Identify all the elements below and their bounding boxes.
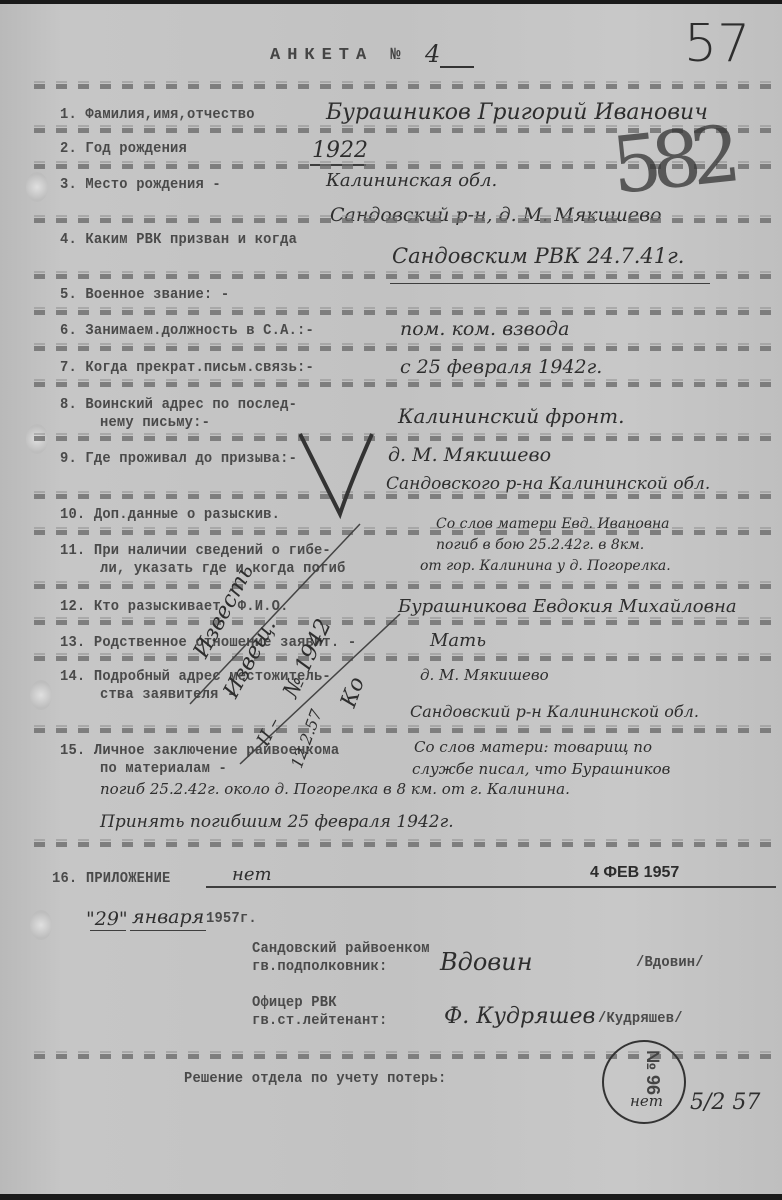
date-month-underline [130,930,206,931]
field-12-value: Бурашникова Евдокия Михайловна [398,596,737,617]
field-11-value-line-3: от гор. Калинина у д. Погорелка. [420,558,671,574]
separator [34,728,774,733]
field-3-label: 3. Место рождения - [60,176,221,193]
document-page: АНКЕТА № 4 57 1. Фамилия,имя,отчество Бу… [0,4,782,1194]
separator [34,656,774,661]
signature-1-name: /Вдовин/ [636,954,704,971]
field-4-underline [390,283,710,284]
field-7-label: 7. Когда прекрат.письм.связь:- [60,359,314,376]
separator [34,494,774,499]
decision-date: 5/2 57 [690,1090,760,1115]
separator [34,842,774,847]
date-day: "29" [86,908,128,930]
stamp-note: нет [630,1092,663,1110]
signature-1-handwritten: Вдовин [440,948,533,976]
signature-2-handwritten: Ф. Кудряшев [444,1004,595,1029]
field-15-value-line-2: службе писал, что Бурашников [412,760,670,778]
separator [34,436,774,441]
field-1-label: 1. Фамилия,имя,отчество [60,106,255,123]
separator [34,382,774,387]
form-title: АНКЕТА № [270,46,408,65]
separator [34,620,774,625]
field-15-value-line-1: Со слов матери: товарищ по [414,738,652,756]
field-15-value-line-3: погиб 25.2.42г. около д. Погорелка в 8 к… [100,780,570,798]
decision-label: Решение отдела по учету потерь: [184,1070,446,1087]
field-5-label: 5. Военное звание: - [60,286,229,303]
field-8-value: Калининский фронт. [398,404,625,428]
separator [34,84,774,89]
date-month: января [132,906,204,928]
field-11-label-line-1: 11. При наличии сведений о гибе- [60,542,331,559]
field-14-value-line-2: Сандовский р-н Калининской обл. [410,702,699,721]
margin-note: 582 [608,110,736,212]
field-11-label-line-2: ли, указать где и когда погиб [100,560,345,577]
attachment-value: нет [232,864,272,885]
field-13-value: Мать [430,630,486,651]
field-9-label: 9. Где проживал до призыва:- [60,450,297,467]
field-2-value: 1922 [312,138,368,163]
signature-1-org: Сандовский райвоенком [252,940,430,957]
signature-2-name: /Кудряшев/ [598,1010,683,1027]
date-year: 1957г. [206,910,257,927]
received-date-stamp: 4 ФЕВ 1957 [590,864,679,882]
date-day-underline [90,930,126,931]
field-6-label: 6. Занимаем.должность в С.А.:- [60,322,314,339]
attachment-label: 16. ПРИЛОЖЕНИЕ [52,870,171,887]
diagonal-note-6: Ко [336,674,370,711]
form-number: 4 [425,40,440,68]
field-8-label-line-2: нему письму:- [100,414,210,431]
page-number: 57 [684,14,750,74]
separator [34,310,774,315]
field-14-value-line-1: д. М. Мякишево [420,666,549,684]
field-15-label-line-2: по материалам - [100,760,227,777]
field-8-label-line-1: 8. Воинский адрес по послед- [60,396,297,413]
field-10-label: 10. Доп.данные о разыскив. [60,506,280,523]
signature-2-rank: гв.ст.лейтенант: [252,1012,387,1029]
form-number-underline [440,66,474,68]
separator [34,346,774,351]
diagonal-note-5: 12.2.57 [287,707,326,771]
separator [34,274,774,279]
field-4-value: Сандовским РВК 24.7.41г. [392,244,684,268]
conclusion: Принять погибшим 25 февраля 1942г. [100,812,454,832]
field-4-label: 4. Каким РВК призван и когда [60,231,297,248]
field-9-value-line-1: д. М. Мякишево [388,444,551,466]
paper-tear [26,172,48,202]
field-3-value-line-1: Калининская обл. [326,170,497,191]
separator [34,218,774,223]
separator [34,584,774,589]
field-6-value: пом. ком. взвода [400,318,569,340]
field-14-label-line-2: ства заявителя - [100,686,235,703]
paper-tear [30,680,52,710]
field-12-label: 12. Кто разыскивает. Ф.И.О. [60,598,289,615]
field-11-value-line-1: Со слов матери Евд. Ивановна [436,516,670,532]
attachment-underline [206,886,776,888]
field-11-value-line-2: погиб в бою 25.2.42г. в 8км. [436,537,644,553]
field-2-label: 2. Год рождения [60,140,187,157]
signature-2-org: Офицер РВК [252,994,337,1011]
signature-1-rank: гв.подполковник: [252,958,387,975]
field-7-value: с 25 февраля 1942г. [400,356,602,378]
paper-tear [30,910,52,940]
stamp-number: № 96 [642,1050,663,1095]
